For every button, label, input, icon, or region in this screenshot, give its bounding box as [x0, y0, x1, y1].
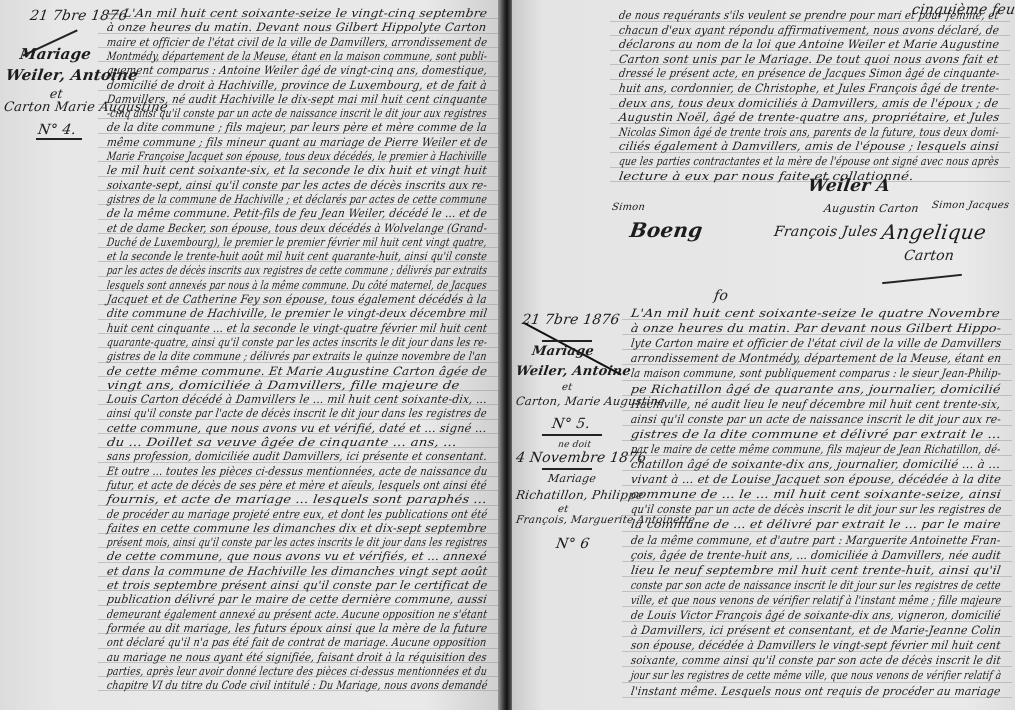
handwritten-line: lesquels sont annexés par nous à la même… [106, 278, 488, 292]
signature-witness-3: Simon Jacques [931, 200, 1010, 211]
margin-rule [542, 434, 602, 436]
handwritten-line: Montmédy, département de la Meuse, étant… [106, 49, 488, 63]
handwritten-line: lieu le neuf septembre mil huit cent tre… [630, 563, 1002, 577]
handwritten-line: pe Richatillon âgé de quarante ans, jour… [630, 382, 1002, 396]
handwritten-line: de Louis Victor François âgé de soixante… [630, 608, 1002, 622]
margin-conjunction: et [49, 86, 64, 101]
handwritten-line: et dans la commune de Hachiville les dim… [106, 564, 488, 578]
handwritten-line: Duché de Luxembourg), le premier le prem… [106, 235, 488, 249]
signature-witness-2: Augustin Carton [823, 202, 920, 215]
handwritten-line: demeurant également annexé au présent ac… [106, 607, 488, 621]
handwritten-line: par les actes de décès inscrits aux regi… [106, 263, 488, 277]
handwritten-line: chatillon âgé de soixante-dix ans, journ… [630, 457, 1001, 471]
handwritten-line: chapitre VI du titre du Code civil intit… [106, 678, 489, 692]
right-page: cinquième feuillet de nous requérants s'… [512, 0, 1015, 710]
handwritten-line: Jacquet et de Catherine Fey son épouse, … [106, 292, 488, 306]
handwritten-line: et de dame Becker, son épouse, tous deux… [106, 221, 488, 235]
handwritten-line: soixante, comme ainsi qu'il conste par s… [630, 653, 1002, 667]
handwritten-line: gistres de la dite commune et délivré pa… [630, 427, 1002, 441]
margin-date: 21 7bre 1876 [521, 312, 621, 328]
handwritten-line: chacun d'eux ayant répondu affirmativeme… [618, 23, 1000, 37]
handwritten-line: de nous requérants s'ils veulent se pren… [618, 8, 1000, 22]
handwritten-line: de procéder au mariage projeté entre eux… [106, 507, 488, 521]
handwritten-line: qu'il conste par un acte de décès inscri… [630, 502, 1002, 516]
handwritten-line: à onze heures du matin. Devant nous Gilb… [106, 20, 487, 34]
signature-witness-4: François Jules [773, 224, 879, 240]
handwritten-line: huit cent cinquante ... et la seconde le… [106, 321, 488, 335]
mayor-flourish [882, 274, 962, 284]
handwritten-line: l'instant même. Lesquels nous ont requis… [630, 684, 1002, 698]
handwritten-line: çois, âgée de trente-huit ans, ... domic… [630, 548, 1002, 562]
handwritten-line: — L'An mil huit cent soixante-seize le v… [106, 6, 488, 20]
handwritten-line: futur, et acte de décès de ses père et m… [106, 478, 488, 492]
margin-heading: Mariage [531, 344, 595, 359]
handwritten-line: même commune ; fils mineur quant au mari… [106, 135, 488, 149]
handwritten-line: ciliés également à Damvillers, amis de l… [618, 139, 1000, 153]
handwritten-line: gistres de la dite commune ; délivrés pa… [106, 349, 488, 363]
handwritten-line: Hachiville, né audit lieu le neuf décemb… [630, 397, 1001, 411]
handwritten-line: Nicolas Simon âgé de trente trois ans, p… [618, 125, 1000, 139]
handwritten-line: conste par son acte de naissance inscrit… [630, 578, 1002, 592]
handwritten-line: jour sur les registres de cette même vil… [630, 668, 1002, 682]
handwritten-line: arrondissement de Montmédy, département … [630, 351, 1002, 365]
handwritten-line: cette commune, que nous avons vu et véri… [106, 421, 488, 435]
margin-rule [542, 468, 592, 470]
handwritten-line: maire et officier de l'état civil de la … [106, 35, 488, 49]
handwritten-line: vingt ans, domiciliée à Damvillers, fill… [106, 378, 461, 392]
handwritten-line: de cette commune, que nous avons vu et v… [106, 549, 488, 563]
handwritten-line: parties, après leur avoir donné lecture … [106, 664, 488, 678]
entry-marker: fo [713, 288, 729, 304]
signature-witness-1: Boeng [628, 218, 704, 242]
handwritten-line: dressé le présent acte, en présence de J… [618, 66, 1001, 80]
handwritten-line: faites en cette commune les dimanches di… [106, 521, 488, 535]
margin-underline [36, 138, 82, 140]
handwritten-line: -cinq ainsi qu'il conste par un acte de … [106, 106, 488, 120]
handwritten-line: Carton sont unis par le Mariage. De tout… [618, 52, 1000, 66]
handwritten-line: au mariage ne nous ayant été signifiée, … [106, 650, 488, 664]
margin-rule [542, 340, 592, 342]
handwritten-line: vivant à ... et de Louise Jacquet son ép… [630, 472, 1002, 486]
handwritten-line: de la même commune, et d'autre part : Ma… [630, 533, 1002, 547]
handwritten-line: le mil huit cent soixante-six, et la sec… [106, 163, 488, 177]
handwritten-line: ont déclaré qu'il n'a pas été fait de co… [106, 635, 487, 649]
handwritten-line: Et outre ... toutes les pièces ci-dessus… [106, 464, 488, 478]
margin-second-heading: Mariage [547, 472, 597, 485]
handwritten-line: quarante-quatre, ainsi qu'il conste par … [106, 335, 488, 349]
handwritten-line: et trois septembre présent ainsi qu'il c… [106, 578, 488, 592]
signature-groom: Weiler A [807, 176, 892, 196]
left-page: 21 7bre 1876 Mariage Weiler, Antoine et … [0, 0, 500, 710]
handwritten-line: quement comparus : Antoine Weiler âgé de… [106, 63, 488, 77]
signature-mayor: Carton [903, 248, 955, 264]
handwritten-line: L'An mil huit cent soixante-seize le qua… [630, 306, 1001, 320]
handwritten-line: soixante-sept, ainsi qu'il conste par le… [106, 178, 488, 192]
handwritten-line: gistres de la commune de Hachiville ; et… [106, 192, 488, 206]
handwritten-line: déclarons au nom de la loi que Antoine W… [618, 37, 1000, 51]
handwritten-line: de la dite commune ; fils majeur, par le… [106, 120, 488, 134]
handwritten-line: par le maire de cette même commune, fils… [630, 442, 1001, 456]
handwritten-line: la commune de ... et délivré par extrait… [630, 517, 1002, 531]
handwritten-line: ville, et que nous venons de vérifier re… [630, 593, 1002, 607]
handwritten-line: présent mois, ainsi qu'il conste par les… [106, 535, 488, 549]
handwritten-line: commune de ... le ... mil huit cent soix… [630, 487, 1002, 501]
handwritten-line: ainsi qu'il conste par l'acte de décès i… [106, 406, 488, 420]
handwritten-line: huit ans, cordonnier, de Christophe, et … [618, 81, 1000, 95]
margin-annotation: ne doit [557, 440, 591, 450]
handwritten-line: lyte Carton maire et officier de l'état … [630, 336, 1002, 350]
handwritten-line: de cette même commune. Et Marie Augustin… [106, 364, 488, 378]
handwritten-line: dite commune de Hachiville, le premier l… [106, 306, 488, 320]
handwritten-line: formée au dit mariage, les futurs époux … [106, 621, 488, 635]
handwritten-line: que les parties contractantes et la mère… [618, 154, 1000, 168]
handwritten-line: domicilié de droit à Hachiville, provinc… [106, 78, 488, 92]
handwritten-line: deux ans, tous deux domiciliés à Damvill… [618, 96, 999, 110]
margin-conjunction: et [561, 382, 573, 393]
margin-second-date: 4 Novembre 1876 [515, 450, 648, 466]
handwritten-line: son épouse, décédée à Damvillers le ving… [630, 638, 1002, 652]
handwritten-line: Damvillers, né audit Hachiville le dix-s… [106, 92, 488, 106]
handwritten-line: Louis Carton décédé à Damvillers le ... … [106, 392, 488, 406]
margin-heading: Mariage [19, 45, 93, 63]
margin-second-number: N° 6 [555, 536, 591, 552]
handwritten-line: et la seconde le trente-huit août mil hu… [106, 249, 488, 263]
handwritten-line: sans profession, domiciliée audit Damvil… [106, 449, 488, 463]
handwritten-line: publication délivré par le maire de cett… [106, 592, 488, 606]
margin-number: N° 5. [551, 416, 591, 432]
handwritten-line: du ... Doillet sa veuve âgée de cinquant… [106, 435, 458, 449]
margin-groom: Weiler, Antoine [515, 364, 632, 379]
handwritten-line: de la même commune. Petit-fils de feu Je… [106, 206, 488, 220]
handwritten-line: Augustin Noël, âgé de trente-quatre ans,… [618, 110, 1000, 124]
handwritten-line: la maison commune, sont publiquement com… [630, 366, 1002, 380]
margin-number: N° 4. [37, 122, 77, 138]
handwritten-line: Marie Françoise Jacquet son épouse, tous… [106, 149, 488, 163]
signature-witness-1-label: Simon [611, 202, 646, 213]
handwritten-line: ainsi qu'il conste par un acte de naissa… [630, 412, 1002, 426]
handwritten-line: à onze heures du matin. Par devant nous … [630, 321, 1002, 335]
signature-bride: Angelique [880, 220, 987, 244]
handwritten-line: à Damvillers, ici présent et consentant,… [630, 623, 1002, 637]
handwritten-line: fournis, et acte de mariage ... lesquels… [106, 492, 488, 506]
